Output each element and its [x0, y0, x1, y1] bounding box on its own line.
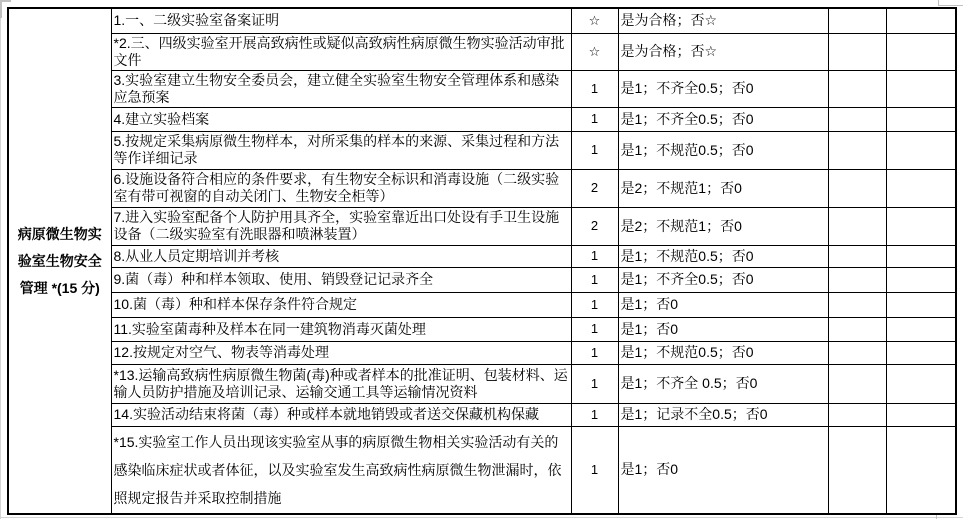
score-cell: 1 [571, 70, 618, 107]
score-cell: 1 [571, 403, 618, 426]
result-blank-cell[interactable] [828, 364, 886, 403]
result-blank-cell[interactable] [828, 267, 886, 292]
remark-blank-cell[interactable] [886, 245, 956, 267]
criteria-cell: 是1；否0 [618, 292, 828, 317]
criteria-cell: 是为合格；否☆ [618, 8, 828, 33]
score-cell: 1 [571, 364, 618, 403]
criteria-cell: 是1；记录不全0.5；否0 [618, 403, 828, 426]
remark-blank-cell[interactable] [886, 403, 956, 426]
criteria-cell: 是2；不规范1；否0 [618, 169, 828, 207]
item-cell: *2.三、四级实验室开展高致病性或疑似高致病性病原微生物实验活动审批文件 [111, 33, 571, 70]
criteria-cell: 是1；不齐全0.5；否0 [618, 107, 828, 131]
criteria-cell: 是2；不规范1；否0 [618, 207, 828, 245]
table-row: *15.实验室工作人员出现该实验室从事的病原微生物相关实验活动有关的感染临床症状… [8, 426, 956, 514]
item-cell: 8.从业人员定期培训并考核 [111, 245, 571, 267]
item-cell: 4.建立实验档案 [111, 107, 571, 131]
remark-blank-cell[interactable] [886, 207, 956, 245]
score-cell: 1 [571, 131, 618, 169]
score-cell: 2 [571, 169, 618, 207]
remark-blank-cell[interactable] [886, 426, 956, 514]
criteria-cell: 是1；不齐全 0.5；否0 [618, 364, 828, 403]
table-row: 8.从业人员定期培训并考核 1 是1；不规范0.5；否0 [8, 245, 956, 267]
result-blank-cell[interactable] [828, 33, 886, 70]
item-cell: 9.菌（毒）种和样本领取、使用、销毁登记记录齐全 [111, 267, 571, 292]
result-blank-cell[interactable] [828, 245, 886, 267]
table-row: 9.菌（毒）种和样本领取、使用、销毁登记记录齐全 1 是1；不齐全0.5；否0 [8, 267, 956, 292]
result-blank-cell[interactable] [828, 70, 886, 107]
table-row: 5.按规定采集病原微生物样本，对所采集的样本的来源、采集过程和方法等作详细记录 … [8, 131, 956, 169]
result-blank-cell[interactable] [828, 317, 886, 341]
score-cell: ☆ [571, 33, 618, 70]
result-blank-cell[interactable] [828, 8, 886, 33]
result-blank-cell[interactable] [828, 169, 886, 207]
remark-blank-cell[interactable] [886, 70, 956, 107]
item-cell: *13.运输高致病性病原微生物菌(毒)种或者样本的批准证明、包装材料、运输人员防… [111, 364, 571, 403]
remark-blank-cell[interactable] [886, 292, 956, 317]
item-cell: 12.按规定对空气、物表等消毒处理 [111, 341, 571, 364]
window-edge-bottom [0, 517, 963, 518]
table-row: 3.实验室建立生物安全委员会，建立健全实验室生物安全管理体系和感染应急预案 1 … [8, 70, 956, 107]
item-cell: 11.实验室菌毒种及样本在同一建筑物消毒灭菌处理 [111, 317, 571, 341]
item-cell: 3.实验室建立生物安全委员会，建立健全实验室生物安全管理体系和感染应急预案 [111, 70, 571, 107]
biosafety-checklist-table: 病原微生物实验室生物安全管理 *(15 分) 1.一、二级实验室备案证明 ☆ 是… [7, 7, 957, 515]
criteria-cell: 是1；不规范0.5；否0 [618, 245, 828, 267]
table-row: 10.菌（毒）种和样本保存条件符合规定 1 是1；否0 [8, 292, 956, 317]
score-cell: 1 [571, 107, 618, 131]
criteria-cell: 是1；否0 [618, 426, 828, 514]
table-row: 4.建立实验档案 1 是1；不齐全0.5；否0 [8, 107, 956, 131]
result-blank-cell[interactable] [828, 403, 886, 426]
item-cell: 7.进入实验室配备个人防护用具齐全，实验室靠近出口处设有手卫生设施设备（二级实验… [111, 207, 571, 245]
score-cell: 1 [571, 341, 618, 364]
score-cell: ☆ [571, 8, 618, 33]
table-row: 11.实验室菌毒种及样本在同一建筑物消毒灭菌处理 1 是1；否0 [8, 317, 956, 341]
table-row: 7.进入实验室配备个人防护用具齐全，实验室靠近出口处设有手卫生设施设备（二级实验… [8, 207, 956, 245]
remark-blank-cell[interactable] [886, 8, 956, 33]
criteria-cell: 是为合格；否☆ [618, 33, 828, 70]
item-cell: 14.实验活动结束将菌（毒）种或样本就地销毁或者送交保藏机构保藏 [111, 403, 571, 426]
criteria-cell: 是1；否0 [618, 317, 828, 341]
remark-blank-cell[interactable] [886, 131, 956, 169]
remark-blank-cell[interactable] [886, 169, 956, 207]
result-blank-cell[interactable] [828, 292, 886, 317]
item-cell: 5.按规定采集病原微生物样本，对所采集的样本的来源、采集过程和方法等作详细记录 [111, 131, 571, 169]
criteria-cell: 是1；不齐全0.5；否0 [618, 70, 828, 107]
score-cell: 1 [571, 426, 618, 514]
criteria-cell: 是1；不规范0.5；否0 [618, 341, 828, 364]
remark-blank-cell[interactable] [886, 33, 956, 70]
result-blank-cell[interactable] [828, 426, 886, 514]
table-row: 14.实验活动结束将菌（毒）种或样本就地销毁或者送交保藏机构保藏 1 是1；记录… [8, 403, 956, 426]
result-blank-cell[interactable] [828, 341, 886, 364]
remark-blank-cell[interactable] [886, 267, 956, 292]
result-blank-cell[interactable] [828, 131, 886, 169]
table-row: *2.三、四级实验室开展高致病性或疑似高致病性病原微生物实验活动审批文件 ☆ 是… [8, 33, 956, 70]
remark-blank-cell[interactable] [886, 107, 956, 131]
score-cell: 1 [571, 245, 618, 267]
score-cell: 1 [571, 292, 618, 317]
table-row: 6.设施设备符合相应的条件要求，有生物安全标识和消毒设施（二级实验室有带可视窗的… [8, 169, 956, 207]
item-cell: 10.菌（毒）种和样本保存条件符合规定 [111, 292, 571, 317]
item-cell: 1.一、二级实验室备案证明 [111, 8, 571, 33]
score-cell: 1 [571, 267, 618, 292]
corner-mark-top-right [938, 5, 963, 6]
remark-blank-cell[interactable] [886, 317, 956, 341]
corner-mark-top-left-v [0, 0, 2, 18]
result-blank-cell[interactable] [828, 207, 886, 245]
score-cell: 1 [571, 317, 618, 341]
table-row: *13.运输高致病性病原微生物菌(毒)种或者样本的批准证明、包装材料、运输人员防… [8, 364, 956, 403]
remark-blank-cell[interactable] [886, 364, 956, 403]
item-cell: 6.设施设备符合相应的条件要求，有生物安全标识和消毒设施（二级实验室有带可视窗的… [111, 169, 571, 207]
item-cell: *15.实验室工作人员出现该实验室从事的病原微生物相关实验活动有关的感染临床症状… [111, 426, 571, 514]
remark-blank-cell[interactable] [886, 341, 956, 364]
document-page: { "colors": { "table_border": "#000000",… [0, 0, 963, 519]
score-cell: 2 [571, 207, 618, 245]
result-blank-cell[interactable] [828, 107, 886, 131]
corner-mark-top-right-v [938, 0, 939, 6]
window-edge-left [0, 0, 1, 519]
criteria-cell: 是1；不齐全0.5；否0 [618, 267, 828, 292]
table-row: 12.按规定对空气、物表等消毒处理 1 是1；不规范0.5；否0 [8, 341, 956, 364]
table-row: 病原微生物实验室生物安全管理 *(15 分) 1.一、二级实验室备案证明 ☆ 是… [8, 8, 956, 33]
criteria-cell: 是1；不规范0.5；否0 [618, 131, 828, 169]
category-cell: 病原微生物实验室生物安全管理 *(15 分) [8, 8, 111, 514]
